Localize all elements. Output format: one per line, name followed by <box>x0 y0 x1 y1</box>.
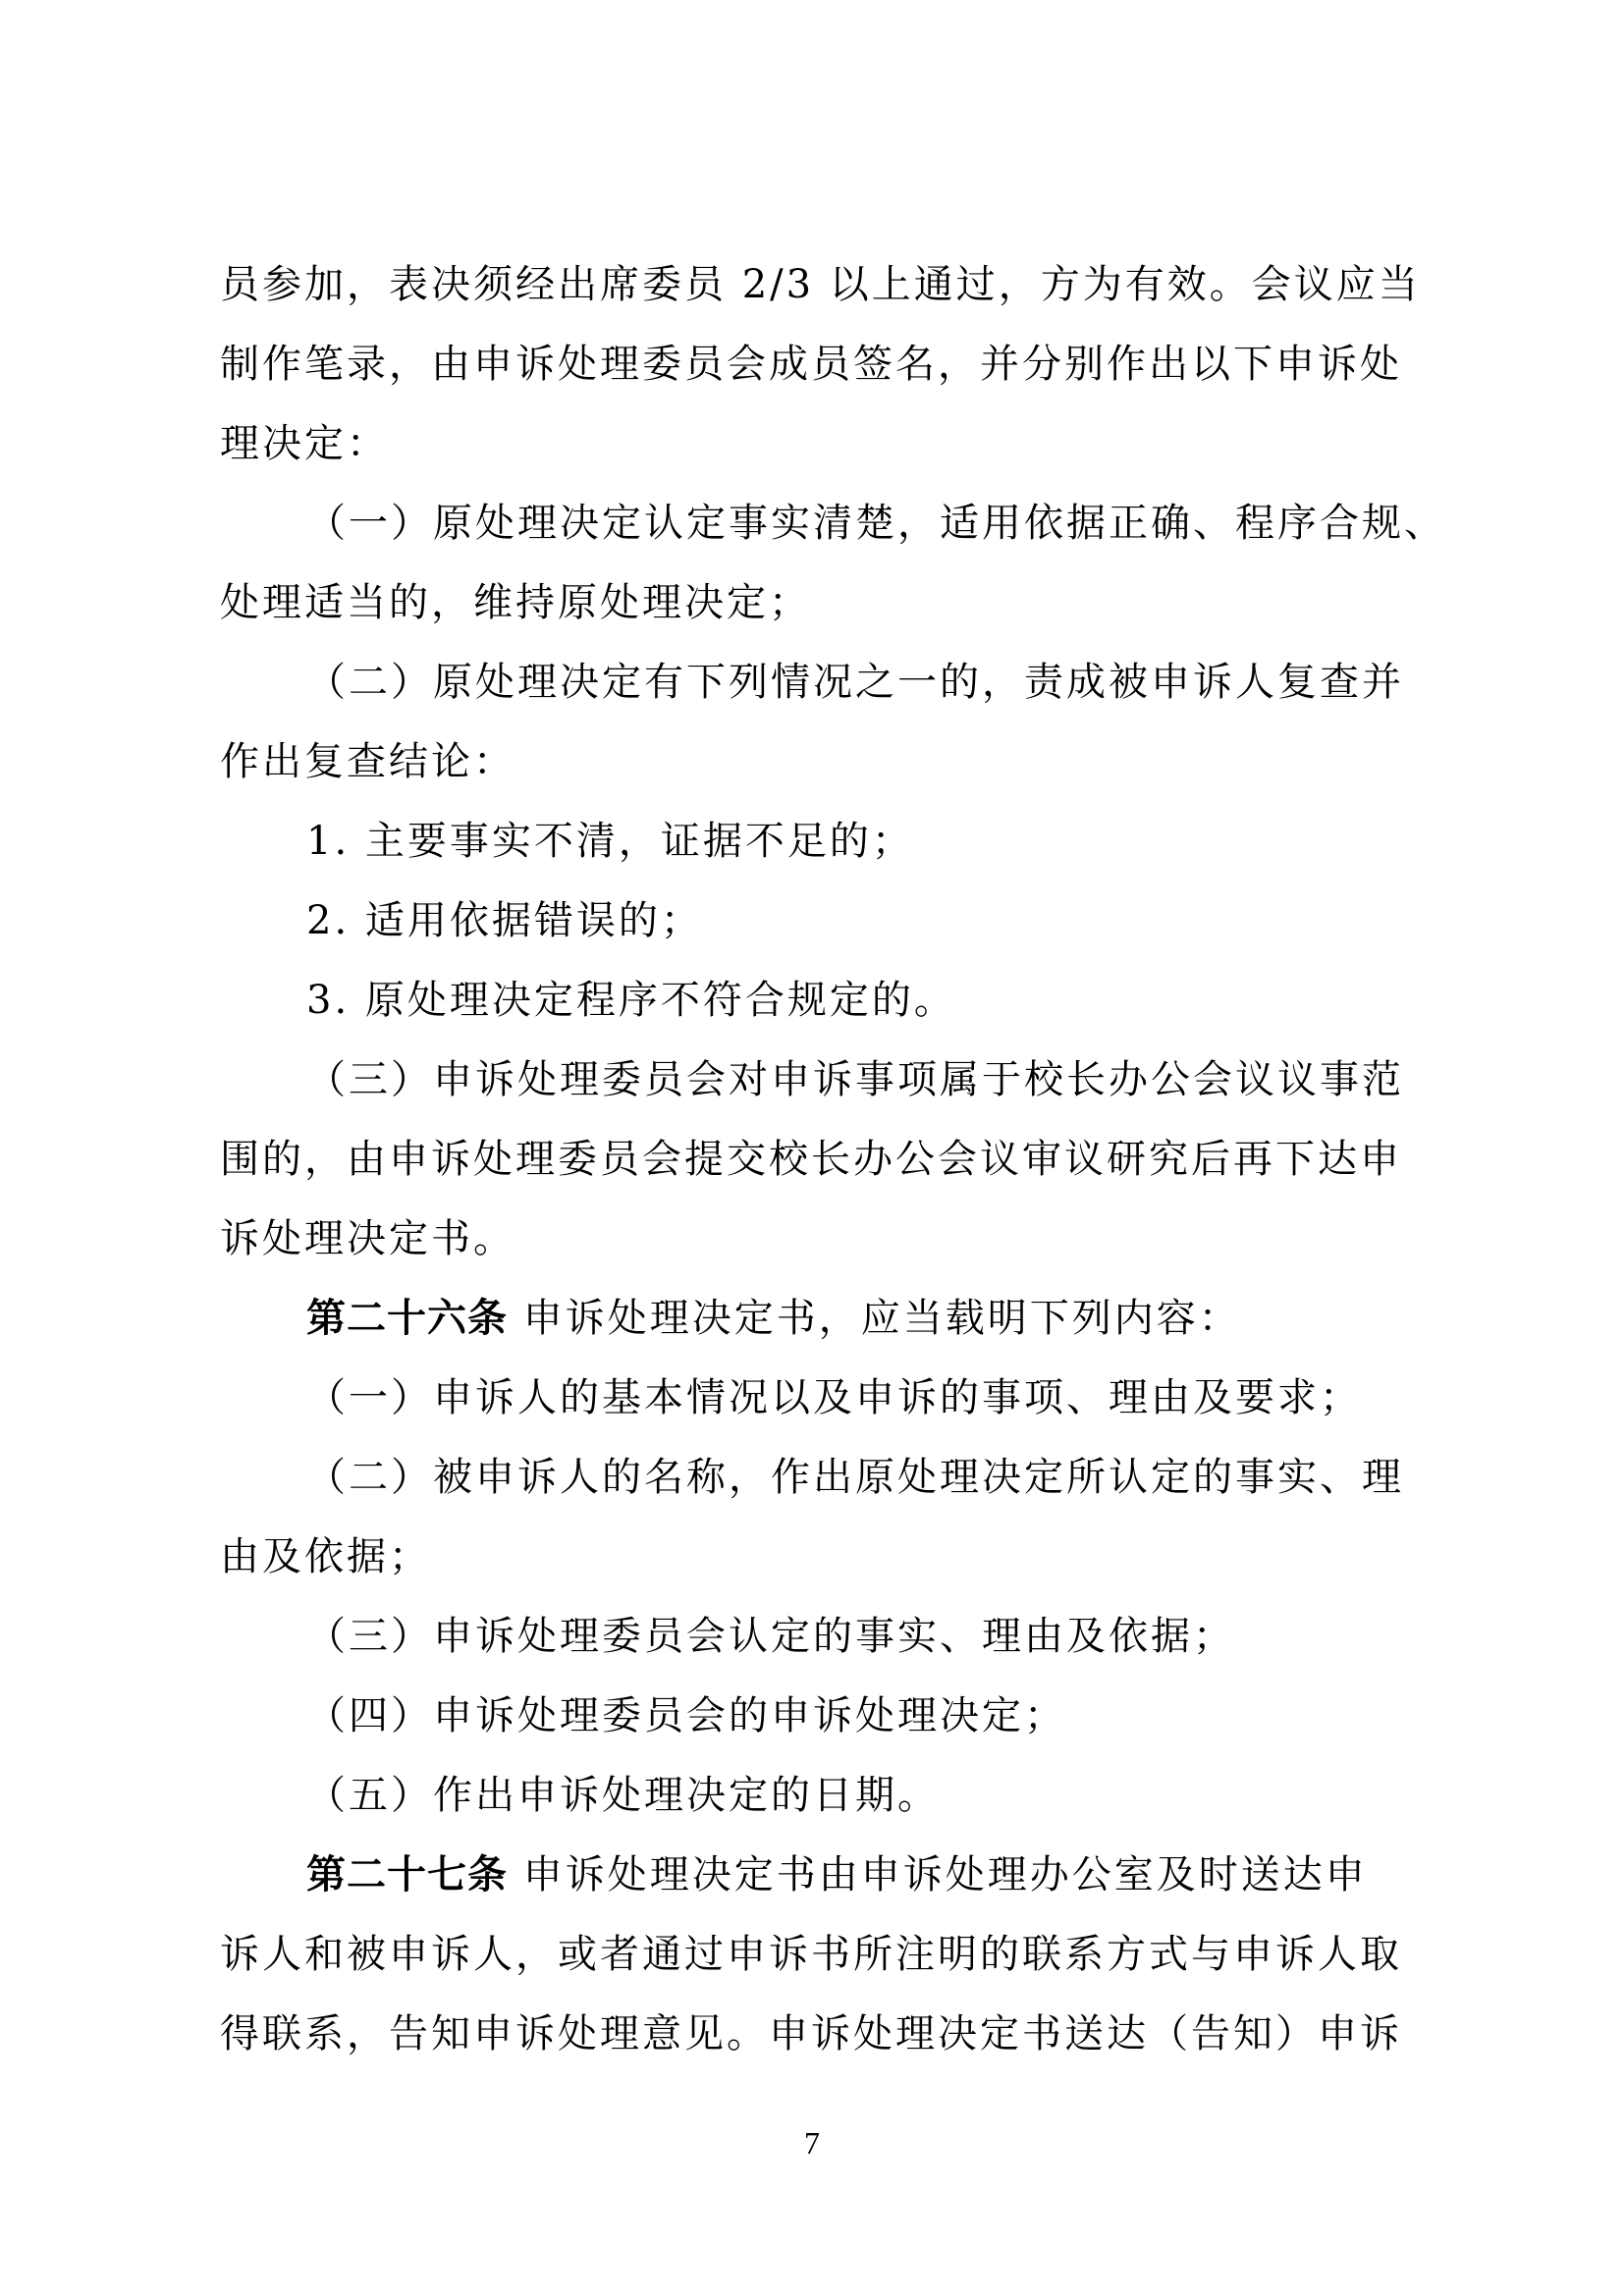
list-item: 1. 主要事实不清，证据不足的； <box>306 818 1514 865</box>
paragraph-line: （二）原处理决定有下列情况之一的，责成被申诉人复查并 <box>306 659 1514 706</box>
paragraph-line: 理决定： <box>220 420 1428 467</box>
page-number: 7 <box>0 2125 1624 2162</box>
paragraph-line: （三）申诉处理委员会认定的事实、理由及依据； <box>306 1613 1514 1660</box>
article-text: 申诉处理决定书，应当载明下列内容： <box>523 1296 1241 1341</box>
paragraph-line: （二）被申诉人的名称，作出原处理决定所认定的事实、理 <box>306 1454 1514 1501</box>
paragraph-line: （一）申诉人的基本情况以及申诉的事项、理由及要求； <box>306 1374 1514 1421</box>
article-line: 第二十六条 申诉处理决定书，应当载明下列内容： <box>306 1295 1514 1342</box>
paragraph-line: 诉人和被申诉人，或者通过申诉书所注明的联系方式与申诉人取 <box>220 1931 1428 1978</box>
paragraph-line: 处理适当的，维持原处理决定； <box>220 579 1428 626</box>
paragraph-line: （三）申诉处理委员会对申诉事项属于校长办公会议议事范 <box>306 1056 1514 1103</box>
paragraph-line: 诉处理决定书。 <box>220 1215 1428 1262</box>
document-page: 员参加，表决须经出席委员 2/3 以上通过，方为有效。会议应当 制作笔录，由申诉… <box>0 0 1624 2296</box>
paragraph-line: 得联系，告知申诉处理意见。申诉处理决定书送达（告知）申诉 <box>220 2010 1428 2057</box>
paragraph-line: （四）申诉处理委员会的申诉处理决定； <box>306 1692 1514 1739</box>
paragraph-line: 员参加，表决须经出席委员 2/3 以上通过，方为有效。会议应当 <box>220 261 1428 308</box>
list-item: 3. 原处理决定程序不符合规定的。 <box>306 977 1514 1024</box>
article-heading: 第二十七条 <box>306 1852 508 1897</box>
paragraph-line: 围的，由申诉处理委员会提交校长办公会议审议研究后再下达申 <box>220 1136 1428 1183</box>
paragraph-line: （一）原处理决定认定事实清楚，适用依据正确、程序合规、 <box>306 500 1514 547</box>
paragraph-line: （五）作出申诉处理决定的日期。 <box>306 1772 1514 1819</box>
article-text: 申诉处理决定书由申诉处理办公室及时送达申 <box>523 1852 1368 1897</box>
paragraph-line: 由及依据； <box>220 1533 1428 1580</box>
paragraph-line: 制作笔录，由申诉处理委员会成员签名，并分别作出以下申诉处 <box>220 341 1428 388</box>
article-heading: 第二十六条 <box>306 1296 508 1341</box>
paragraph-line: 作出复查结论： <box>220 738 1428 785</box>
article-line: 第二十七条 申诉处理决定书由申诉处理办公室及时送达申 <box>306 1851 1514 1898</box>
list-item: 2. 适用依据错误的； <box>306 897 1514 944</box>
